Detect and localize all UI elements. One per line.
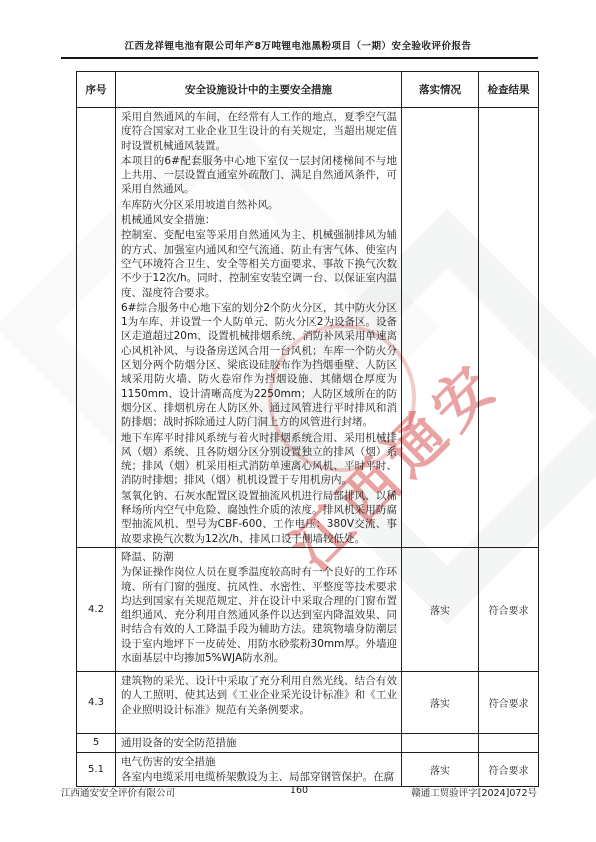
document-page: 江西通安 江西龙祥锂电池有限公司年产8万吨锂电池黑粉项目（一期）安全验收评价报告… <box>0 0 596 842</box>
row-measures-cell: 通用设备的安全防范措施 <box>116 733 402 752</box>
measure-paragraph: 地下车库平时排风系统与着火时排烟系统合用、采用机械排风（烟）系统、且各防烟分区分… <box>121 431 397 488</box>
row-index-cell: 5.1 <box>77 752 116 786</box>
row-measures-cell: 采用自然通风的车间，在经常有人工作的地点，夏季空气温度符合国家对工业企业卫生设计… <box>116 108 402 548</box>
measure-paragraph: 通用设备的安全防范措施 <box>121 736 397 750</box>
table-row-5-1: 5.1 电气伤害的安全措施 各室内电缆采用电缆桥架敷设为主、局部穿钢管保护。在腐… <box>77 752 539 786</box>
measure-paragraph: 采用自然通风的车间，在经常有人工作的地点，夏季空气温度符合国家对工业企业卫生设计… <box>121 110 397 153</box>
row-status-cell: 落实 <box>402 547 479 671</box>
table-header-row: 序号 安全设施设计中的主要安全措施 落实情况 检查结果 <box>77 72 539 108</box>
table-row-continuation: 采用自然通风的车间，在经常有人工作的地点，夏季空气温度符合国家对工业企业卫生设计… <box>77 108 539 548</box>
measure-paragraph: 各室内电缆采用电缆桥架敷设为主、局部穿钢管保护。在腐 <box>121 770 397 784</box>
row-status-cell <box>402 108 479 548</box>
table-row-5: 5 通用设备的安全防范措施 <box>77 733 539 752</box>
col-header-status: 落实情况 <box>402 72 479 108</box>
table-row-4-2: 4.2 降温、防潮 为保证操作岗位人员在夏季温度较高时有一个良好的工作环境、所有… <box>77 547 539 671</box>
row-index-cell <box>77 108 116 548</box>
row-result-cell: 符合要求 <box>479 671 539 733</box>
row-measures-cell: 电气伤害的安全措施 各室内电缆采用电缆桥架敷设为主、局部穿钢管保护。在腐 <box>116 752 402 786</box>
row-result-cell: 符合要求 <box>479 547 539 671</box>
safety-measures-table: 序号 安全设施设计中的主要安全措施 落实情况 检查结果 采用自然通风的车间，在经… <box>76 71 539 787</box>
measure-paragraph: 控制室、变配电室等采用自然通风为主、机械强制排风为辅的方式、加强室内通风和空气流… <box>121 228 397 299</box>
row-status-cell: 落实 <box>402 671 479 733</box>
row-status-cell: 落实 <box>402 752 479 786</box>
table-row-4-3: 4.3 建筑物的采光、设计中采取了充分利用自然光线、结合有效的人工照明、使其达到… <box>77 671 539 733</box>
row-result-cell <box>479 733 539 752</box>
row-measures-cell: 降温、防潮 为保证操作岗位人员在夏季温度较高时有一个良好的工作环境、所有门窗的强… <box>116 547 402 671</box>
measure-paragraph: 为保证操作岗位人员在夏季温度较高时有一个良好的工作环境、所有门窗的强度、抗风性、… <box>121 565 397 665</box>
footer-doc-number: 赣通工贸验评字[2024]072号 <box>411 785 537 799</box>
row-index-cell: 4.2 <box>77 547 116 671</box>
measure-paragraph: 本项目的6#配套服务中心地下室仅一层封闭楼梯间不与地上共用、一层设置直通室外疏散… <box>121 154 397 197</box>
row-result-cell: 符合要求 <box>479 752 539 786</box>
measure-paragraph: 6#综合服务中心地下室的划分2个防火分区，其中防火分区1为车库、并设置一个人防单… <box>121 301 397 430</box>
row-result-cell <box>479 108 539 548</box>
measure-paragraph: 降温、防潮 <box>121 550 397 564</box>
measure-paragraph: 建筑物的采光、设计中采取了充分利用自然光线、结合有效的人工照明、使其达到《工业企… <box>121 674 397 717</box>
row-index-cell: 5 <box>77 733 116 752</box>
title-divider <box>61 57 538 59</box>
row-status-cell <box>402 733 479 752</box>
measure-paragraph: 电气伤害的安全措施 <box>121 755 397 769</box>
col-header-measures: 安全设施设计中的主要安全措施 <box>116 72 402 108</box>
measure-paragraph: 车库防火分区采用坡道自然补风。 <box>121 198 397 212</box>
row-index-cell: 4.3 <box>77 671 116 733</box>
row-measures-cell: 建筑物的采光、设计中采取了充分利用自然光线、结合有效的人工照明、使其达到《工业企… <box>116 671 402 733</box>
measure-paragraph: 机械通风安全措施： <box>121 213 397 227</box>
col-header-index: 序号 <box>77 72 116 108</box>
col-header-result: 检查结果 <box>479 72 539 108</box>
measure-paragraph: 氢氧化钠、石灰水配置区设置抽流风机进行局部排风、以稀释场所内空气中危险、腐蚀性介… <box>121 489 397 546</box>
page-title: 江西龙祥锂电池有限公司年产8万吨锂电池黑粉项目（一期）安全验收评价报告 <box>40 38 556 52</box>
